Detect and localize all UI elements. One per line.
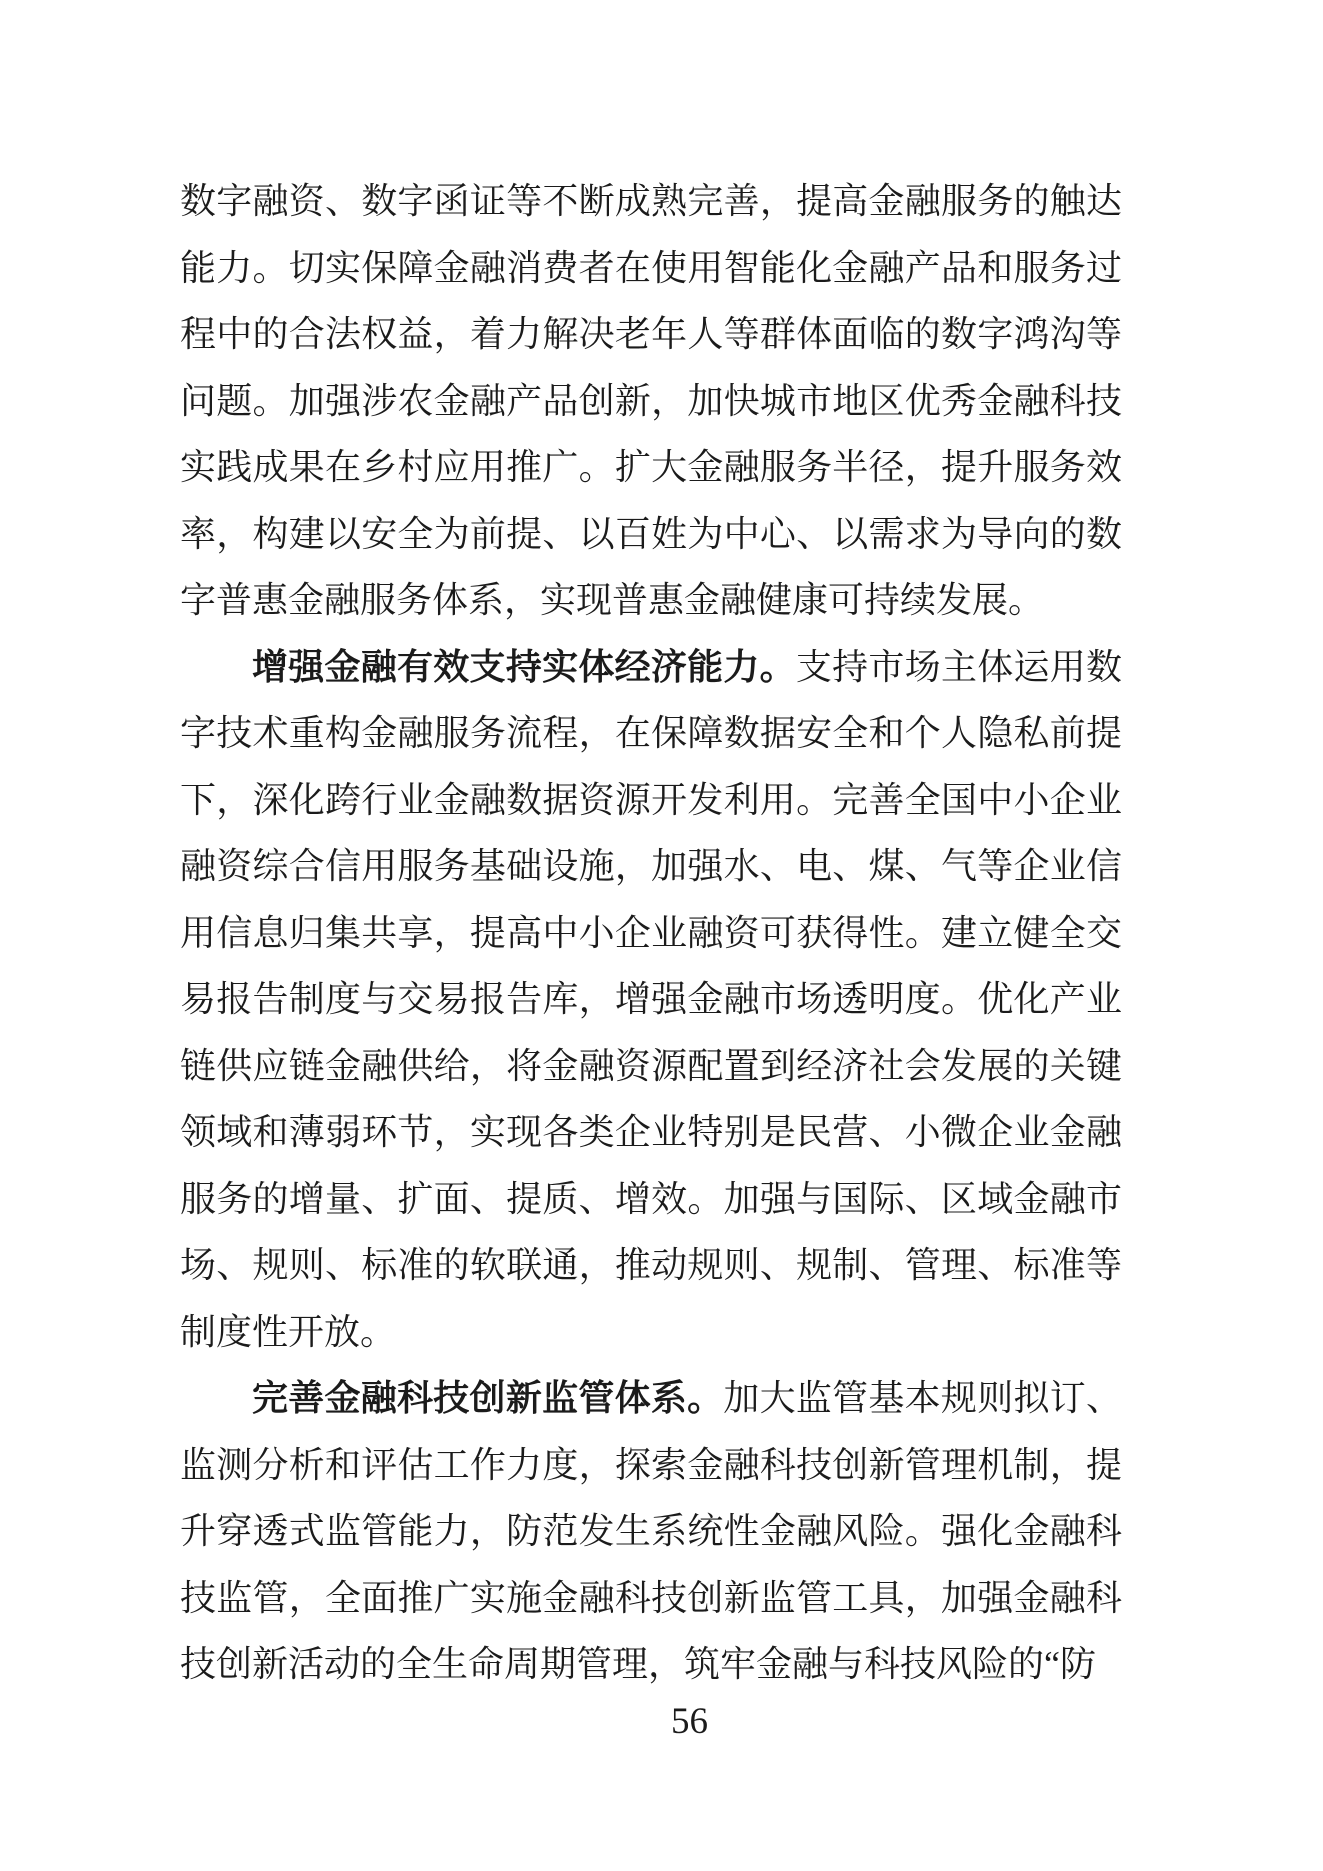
text-block: 数字融资、数字函证等不断成熟完善，提高金融服务的触达能力。切实保障金融消费者在使… — [180, 168, 1122, 1698]
paragraph-lead: 增强金融有效支持实体经济能力。 — [252, 647, 796, 687]
paragraph: 完善金融科技创新监管体系。加大监管基本规则拟订、监测分析和评估工作力度，探索金融… — [180, 1365, 1122, 1698]
paragraph-body: 支持市场主体运用数字技术重构金融服务流程，在保障数据安全和个人隐私前提下，深化跨… — [180, 647, 1122, 1352]
paragraph-body: 数字融资、数字函证等不断成熟完善，提高金融服务的触达能力。切实保障金融消费者在使… — [180, 181, 1122, 620]
document-page: 数字融资、数字函证等不断成熟完善，提高金融服务的触达能力。切实保障金融消费者在使… — [0, 0, 1323, 1871]
page-number: 56 — [671, 1701, 708, 1742]
page-footer: 56 — [0, 1698, 1323, 1746]
paragraph-body: 加大监管基本规则拟订、监测分析和评估工作力度，探索金融科技创新管理机制，提升穿透… — [180, 1378, 1122, 1684]
paragraph-lead: 完善金融科技创新监管体系。 — [252, 1378, 723, 1418]
paragraph: 数字融资、数字函证等不断成熟完善，提高金融服务的触达能力。切实保障金融消费者在使… — [180, 168, 1122, 634]
paragraph: 增强金融有效支持实体经济能力。支持市场主体运用数字技术重构金融服务流程，在保障数… — [180, 634, 1122, 1366]
